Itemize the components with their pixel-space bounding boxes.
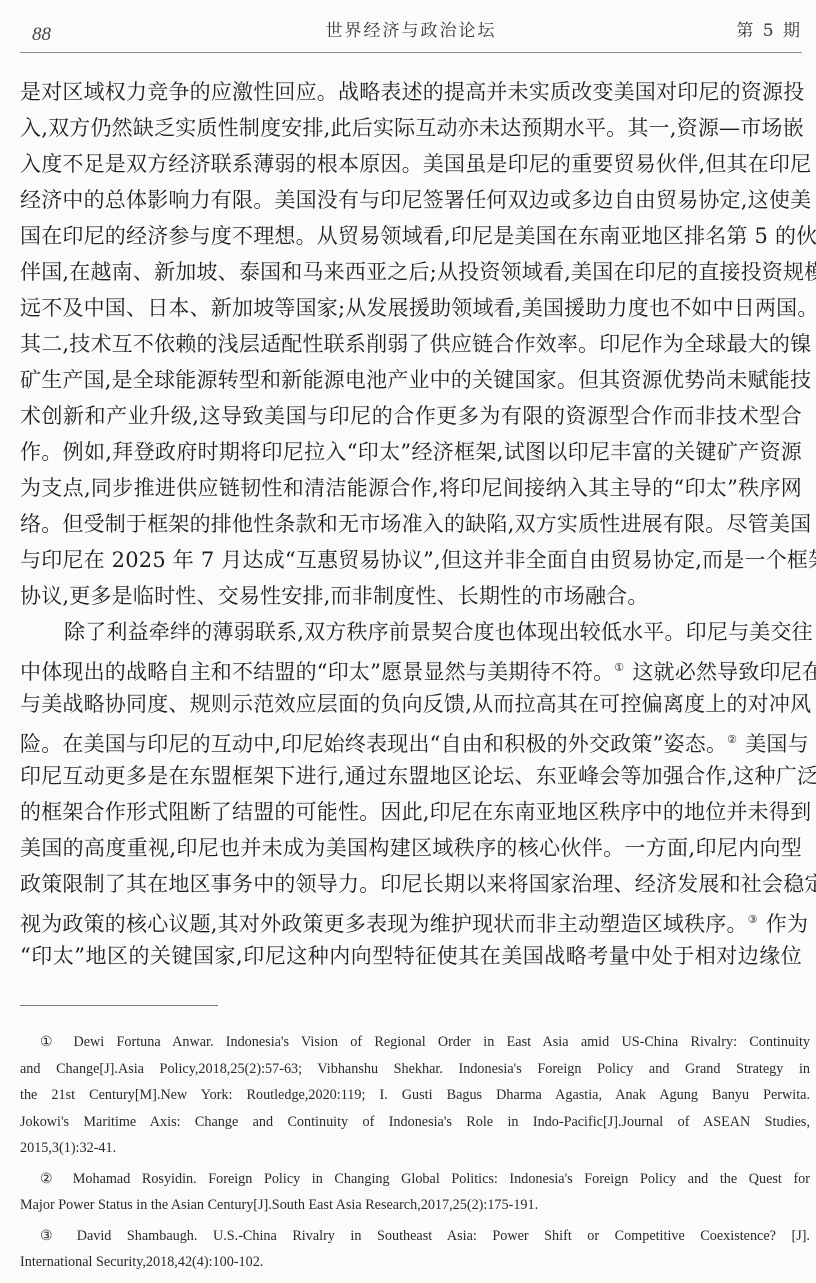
text-line: 其二,技术互不依赖的浅层适配性联系削弱了供应链合作效率。印尼作为全球最大的镍 — [20, 326, 802, 362]
text-line: 美国的高度重视,印尼也并未成为美国构建区域秩序的核心伙伴。一方面,印尼内向型 — [20, 830, 802, 866]
text-line: 与印尼在 2025 年 7 月达成“互惠贸易协议”,但这并非全面自由贸易协定,而… — [20, 542, 802, 578]
footnote-3: ③David Shambaugh. U.S.-China Rivalry in … — [20, 1223, 810, 1276]
text-line: 协议,更多是临时性、交易性安排,而非制度性、长期性的市场融合。 — [20, 578, 802, 614]
text-line: 远不及中国、日本、新加坡等国家;从发展援助领域看,美国援助力度也不如中日两国。 — [20, 290, 802, 326]
text-line: 络。但受制于框架的排他性条款和无市场准入的缺陷,双方实质性进展有限。尽管美国 — [20, 506, 802, 542]
footnote-1: ①Dewi Fortuna Anwar. Indonesia's Vision … — [20, 1029, 810, 1162]
text-line: 政策限制了其在地区事务中的领导力。印尼长期以来将国家治理、经济发展和社会稳定 — [20, 866, 802, 902]
footnote-divider — [20, 1005, 218, 1006]
text-line: 国在印尼的经济参与度不理想。从贸易领域看,印尼是美国在东南亚地区排名第 5 的伙 — [20, 218, 802, 254]
text-line: 为支点,同步推进供应链韧性和清洁能源合作,将印尼间接纳入其主导的“印太”秩序网 — [20, 470, 802, 506]
text-line: 除了利益牵绊的薄弱联系,双方秩序前景契合度也体现出较低水平。印尼与美交往 — [20, 614, 802, 650]
footnotes: ①Dewi Fortuna Anwar. Indonesia's Vision … — [20, 1029, 810, 1280]
text-line: 入,双方仍然缺乏实质性制度安排,此后实际互动亦未达预期水平。其一,资源—市场嵌 — [20, 110, 802, 146]
footnote-mark: ③ — [40, 1228, 65, 1244]
issue-number: 第 5 期 — [736, 16, 802, 41]
paragraph-1: 是对区域权力竞争的应激性回应。战略表述的提高并未实质改变美国对印尼的资源投 入,… — [20, 74, 802, 614]
footnote-mark: ② — [40, 1171, 61, 1187]
footnote-ref-2[interactable]: ② — [727, 733, 737, 746]
text-line: 中体现出的战略自主和不结盟的“印太”愿景显然与美期待不符。①这就必然导致印尼在 — [20, 650, 802, 686]
text-line: 伴国,在越南、新加坡、泰国和马来西亚之后;从投资领域看,美国在印尼的直接投资规模 — [20, 254, 802, 290]
text-line: 入度不足是双方经济联系薄弱的根本原因。美国虽是印尼的重要贸易伙伴,但其在印尼 — [20, 146, 802, 182]
footnote-ref-1[interactable]: ① — [614, 661, 624, 674]
text-line: 矿生产国,是全球能源转型和新能源电池产业中的关键国家。但其资源优势尚未赋能技 — [20, 362, 802, 398]
running-header: 88 世界经济与政治论坛 第 5 期 — [20, 12, 802, 53]
footnote-ref-3[interactable]: ③ — [748, 913, 758, 926]
journal-title: 世界经济与政治论坛 — [20, 16, 802, 41]
text-line: 经济中的总体影响力有限。美国没有与印尼签署任何双边或多边自由贸易协定,这使美 — [20, 182, 802, 218]
text-line: 险。在美国与印尼的互动中,印尼始终表现出“自由和积极的外交政策”姿态。②美国与 — [20, 722, 802, 758]
text-line: “印太”地区的关键国家,印尼这种内向型特征使其在美国战略考量中处于相对边缘位 — [20, 938, 802, 974]
text-line: 与美战略协同度、规则示范效应层面的负向反馈,从而拉高其在可控偏离度上的对冲风 — [20, 686, 802, 722]
text-line: 视为政策的核心议题,其对外政策更多表现为维护现状而非主动塑造区域秩序。③作为 — [20, 902, 802, 938]
text-line: 是对区域权力竞争的应激性回应。战略表述的提高并未实质改变美国对印尼的资源投 — [20, 74, 802, 110]
body-text: 是对区域权力竞争的应激性回应。战略表述的提高并未实质改变美国对印尼的资源投 入,… — [20, 74, 802, 974]
paragraph-2: 除了利益牵绊的薄弱联系,双方秩序前景契合度也体现出较低水平。印尼与美交往 中体现… — [20, 614, 802, 974]
text-line: 印尼互动更多是在东盟框架下进行,通过东盟地区论坛、东亚峰会等加强合作,这种广泛 — [20, 758, 802, 794]
text-line: 作。例如,拜登政府时期将印尼拉入“印太”经济框架,试图以印尼丰富的关键矿产资源 — [20, 434, 802, 470]
footnote-mark: ① — [40, 1034, 61, 1050]
footnote-2: ②Mohamad Rosyidin. Foreign Policy in Cha… — [20, 1166, 810, 1219]
text-line: 的框架合作形式阻断了结盟的可能性。因此,印尼在东南亚地区秩序中的地位并未得到 — [20, 794, 802, 830]
text-line: 术创新和产业升级,这导致美国与印尼的合作更多为有限的资源型合作而非技术型合 — [20, 398, 802, 434]
